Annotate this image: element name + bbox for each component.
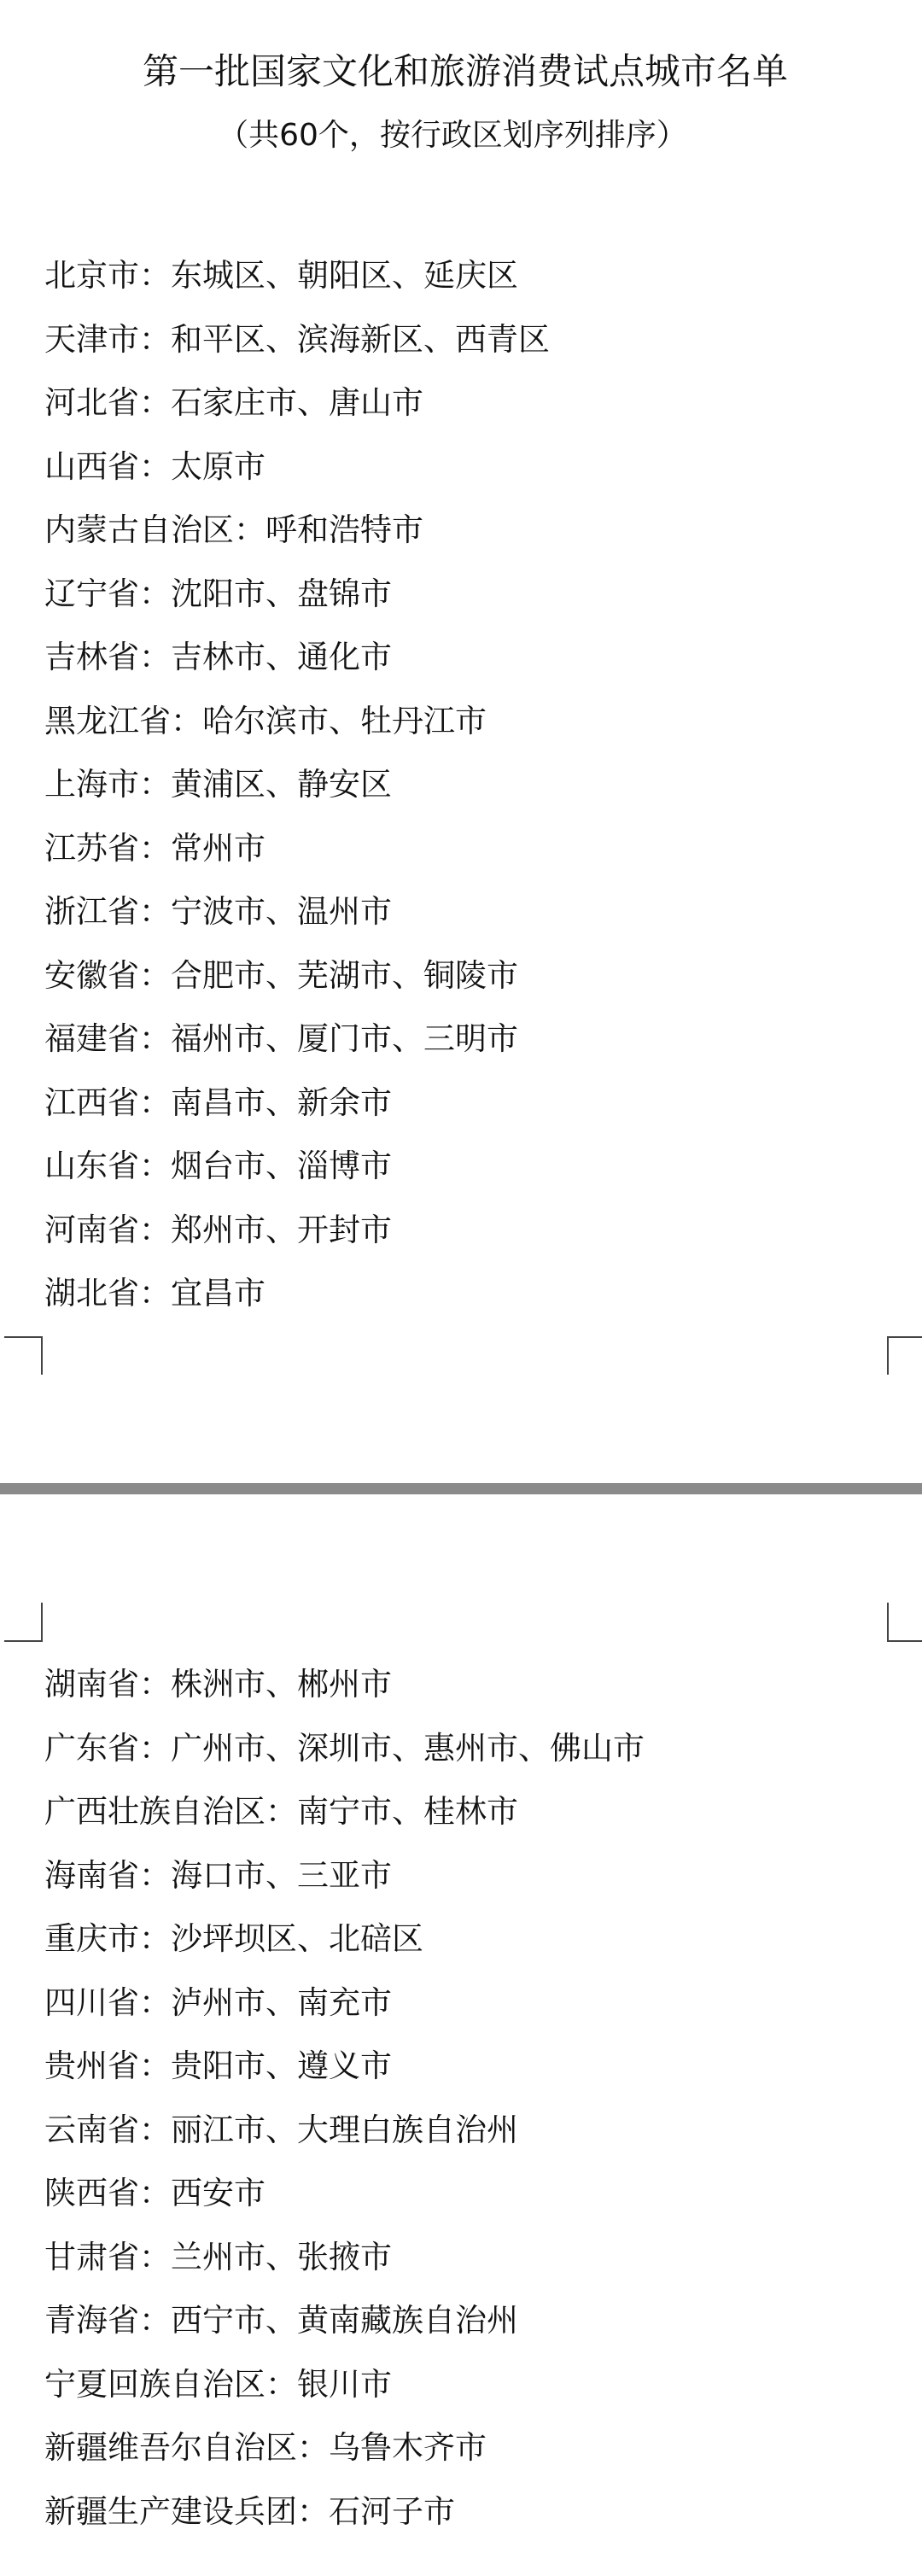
city-names: 乌鲁木齐市 bbox=[329, 2429, 487, 2466]
list-item: 吉林省：吉林市、通化市 bbox=[44, 626, 550, 690]
region-label: 山东省： bbox=[44, 1148, 171, 1184]
region-label: 新疆维吾尔自治区： bbox=[44, 2429, 329, 2466]
list-item: 云南省：丽江市、大理白族自治州 bbox=[44, 2099, 645, 2163]
region-label: 四川省： bbox=[44, 1984, 171, 2021]
list-item: 天津市：和平区、滨海新区、西青区 bbox=[44, 308, 550, 372]
page-corner-mark-bottom-left bbox=[4, 1603, 43, 1642]
region-label: 海南省： bbox=[44, 1857, 171, 1894]
region-label: 广西壮族自治区： bbox=[44, 1793, 297, 1830]
document-subtitle: （共60个，按行政区划序列排序） bbox=[0, 116, 905, 155]
city-names: 烟台市、淄博市 bbox=[171, 1148, 392, 1184]
city-names: 合肥市、芜湖市、铜陵市 bbox=[171, 957, 518, 994]
city-names: 呼和浩特市 bbox=[266, 511, 423, 548]
list-item: 四川省：泸州市、南充市 bbox=[44, 1971, 645, 2036]
region-label: 青海省： bbox=[44, 2302, 171, 2339]
region-label: 广东省： bbox=[44, 1730, 171, 1767]
list-item: 湖南省：株洲市、郴州市 bbox=[44, 1653, 645, 1717]
list-item: 河南省：郑州市、开封市 bbox=[44, 1199, 550, 1263]
city-names: 东城区、朝阳区、延庆区 bbox=[171, 257, 518, 294]
list-item: 上海市：黄浦区、静安区 bbox=[44, 753, 550, 817]
list-item: 甘肃省：兰州市、张掖市 bbox=[44, 2226, 645, 2290]
city-names: 兰州市、张掖市 bbox=[171, 2239, 392, 2275]
city-names: 株洲市、郴州市 bbox=[171, 1666, 392, 1703]
city-names: 西宁市、黄南藏族自治州 bbox=[171, 2302, 518, 2339]
list-item: 陕西省：西安市 bbox=[44, 2162, 645, 2226]
region-label: 福建省： bbox=[44, 1020, 171, 1057]
region-label: 安徽省： bbox=[44, 957, 171, 994]
city-names: 泸州市、南充市 bbox=[171, 1984, 392, 2021]
city-names: 宁波市、温州市 bbox=[171, 893, 392, 930]
city-list-page-2: 湖南省：株洲市、郴州市 广东省：广州市、深圳市、惠州市、佛山市 广西壮族自治区：… bbox=[44, 1653, 645, 2544]
city-names: 黄浦区、静安区 bbox=[171, 766, 392, 803]
region-label: 新疆生产建设兵团： bbox=[44, 2493, 329, 2530]
city-names: 丽江市、大理白族自治州 bbox=[171, 2112, 518, 2148]
region-label: 陕西省： bbox=[44, 2175, 171, 2211]
page-corner-mark-top-right bbox=[887, 1336, 922, 1375]
region-label: 贵州省： bbox=[44, 2047, 171, 2084]
region-label: 北京市： bbox=[44, 257, 171, 294]
list-item: 山东省：烟台市、淄博市 bbox=[44, 1135, 550, 1199]
city-names: 常州市 bbox=[171, 830, 266, 867]
region-label: 内蒙古自治区： bbox=[44, 511, 266, 548]
city-names: 宜昌市 bbox=[171, 1275, 266, 1311]
list-item: 辽宁省：沈阳市、盘锦市 bbox=[44, 563, 550, 627]
page-corner-mark-bottom-right bbox=[887, 1603, 922, 1642]
list-item: 贵州省：贵阳市、遵义市 bbox=[44, 2035, 645, 2099]
city-names: 银川市 bbox=[297, 2366, 392, 2403]
city-names: 郑州市、开封市 bbox=[171, 1212, 392, 1248]
city-names: 沈阳市、盘锦市 bbox=[171, 575, 392, 612]
region-label: 天津市： bbox=[44, 321, 171, 358]
list-item: 新疆生产建设兵团：石河子市 bbox=[44, 2480, 645, 2544]
list-item: 宁夏回族自治区：银川市 bbox=[44, 2353, 645, 2417]
region-label: 江西省： bbox=[44, 1084, 171, 1121]
region-label: 江苏省： bbox=[44, 830, 171, 867]
region-label: 黑龙江省： bbox=[44, 703, 202, 739]
list-item: 广西壮族自治区：南宁市、桂林市 bbox=[44, 1780, 645, 1844]
city-names: 海口市、三亚市 bbox=[171, 1857, 392, 1894]
region-label: 上海市： bbox=[44, 766, 171, 803]
city-names: 哈尔滨市、牡丹江市 bbox=[202, 703, 487, 739]
list-item: 新疆维吾尔自治区：乌鲁木齐市 bbox=[44, 2416, 645, 2480]
city-names: 南宁市、桂林市 bbox=[297, 1793, 518, 1830]
list-item: 福建省：福州市、厦门市、三明市 bbox=[44, 1008, 550, 1072]
region-label: 湖北省： bbox=[44, 1275, 171, 1311]
region-label: 湖南省： bbox=[44, 1666, 171, 1703]
list-item: 广东省：广州市、深圳市、惠州市、佛山市 bbox=[44, 1717, 645, 1781]
region-label: 重庆市： bbox=[44, 1920, 171, 1957]
region-label: 宁夏回族自治区： bbox=[44, 2366, 297, 2403]
region-label: 云南省： bbox=[44, 2112, 171, 2148]
city-names: 吉林市、通化市 bbox=[171, 639, 392, 675]
region-label: 山西省： bbox=[44, 448, 171, 485]
region-label: 河北省： bbox=[44, 384, 171, 421]
list-item: 河北省：石家庄市、唐山市 bbox=[44, 371, 550, 435]
city-names: 贵阳市、遵义市 bbox=[171, 2047, 392, 2084]
city-names: 太原市 bbox=[171, 448, 266, 485]
list-item: 北京市：东城区、朝阳区、延庆区 bbox=[44, 244, 550, 308]
list-item: 浙江省：宁波市、温州市 bbox=[44, 880, 550, 944]
list-item: 重庆市：沙坪坝区、北碚区 bbox=[44, 1907, 645, 1971]
city-names: 广州市、深圳市、惠州市、佛山市 bbox=[171, 1730, 645, 1767]
document-title: 第一批国家文化和旅游消费试点城市名单 bbox=[0, 50, 922, 94]
city-names: 福州市、厦门市、三明市 bbox=[171, 1020, 518, 1057]
city-names: 石家庄市、唐山市 bbox=[171, 384, 423, 421]
region-label: 辽宁省： bbox=[44, 575, 171, 612]
page-corner-mark-top-left bbox=[4, 1336, 43, 1375]
list-item: 湖北省：宜昌市 bbox=[44, 1262, 550, 1326]
city-names: 石河子市 bbox=[329, 2493, 455, 2530]
list-item: 江西省：南昌市、新余市 bbox=[44, 1072, 550, 1136]
city-names: 南昌市、新余市 bbox=[171, 1084, 392, 1121]
list-item: 内蒙古自治区：呼和浩特市 bbox=[44, 499, 550, 563]
list-item: 安徽省：合肥市、芜湖市、铜陵市 bbox=[44, 944, 550, 1008]
city-list-page-1: 北京市：东城区、朝阳区、延庆区 天津市：和平区、滨海新区、西青区 河北省：石家庄… bbox=[44, 244, 550, 1326]
list-item: 青海省：西宁市、黄南藏族自治州 bbox=[44, 2289, 645, 2353]
city-names: 西安市 bbox=[171, 2175, 266, 2211]
list-item: 江苏省：常州市 bbox=[44, 817, 550, 881]
region-label: 浙江省： bbox=[44, 893, 171, 930]
region-label: 河南省： bbox=[44, 1212, 171, 1248]
list-item: 海南省：海口市、三亚市 bbox=[44, 1844, 645, 1908]
list-item: 黑龙江省：哈尔滨市、牡丹江市 bbox=[44, 690, 550, 754]
page-break-divider bbox=[0, 1483, 922, 1495]
city-names: 和平区、滨海新区、西青区 bbox=[171, 321, 550, 358]
city-names: 沙坪坝区、北碚区 bbox=[171, 1920, 423, 1957]
region-label: 吉林省： bbox=[44, 639, 171, 675]
region-label: 甘肃省： bbox=[44, 2239, 171, 2275]
list-item: 山西省：太原市 bbox=[44, 435, 550, 499]
